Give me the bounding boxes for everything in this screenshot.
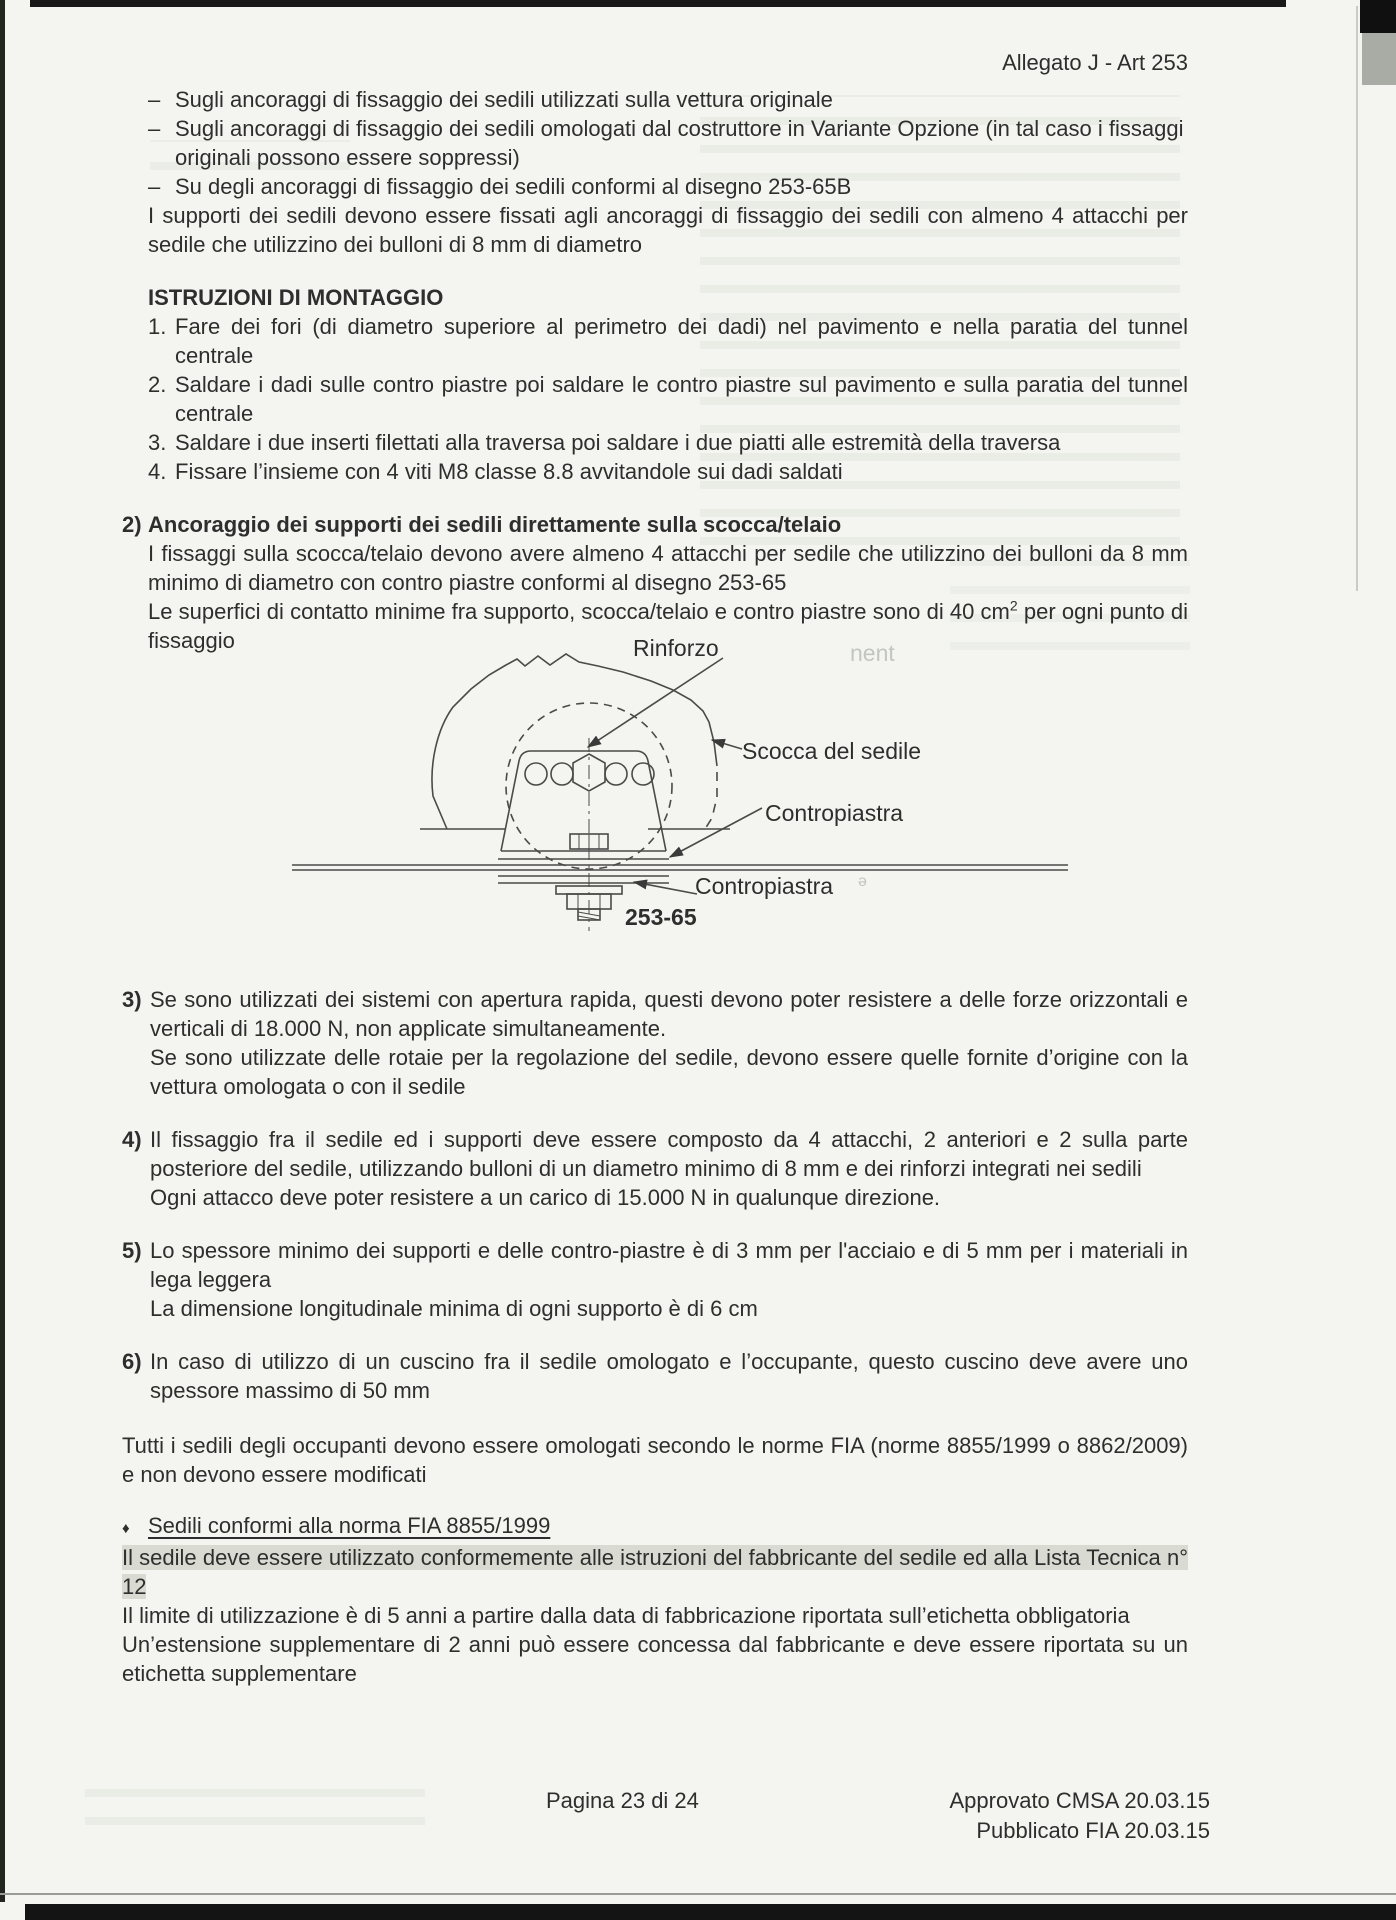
section-number: 6) xyxy=(122,1347,150,1405)
scanned-document-page: { "page": { "header_right": "Allegato J … xyxy=(0,0,1396,1920)
approved-line: Approvato CMSA 20.03.15 xyxy=(950,1786,1211,1816)
bleedthrough-mark: ə xyxy=(858,867,867,896)
diagram-label-rinforzo: Rinforzo xyxy=(633,634,719,663)
paragraph: Ogni attacco deve poter resistere a un c… xyxy=(150,1183,1188,1212)
list-item: – Sugli ancoraggi di fissaggio dei sedil… xyxy=(148,114,1188,172)
list-item: – Su degli ancoraggi di fissaggio dei se… xyxy=(148,172,1188,201)
diamond-bullet: ♦ xyxy=(122,1511,148,1543)
paragraph-limite: Il limite di utilizzazione è di 5 anni a… xyxy=(122,1601,1188,1630)
bleedthrough-smudge xyxy=(85,1770,425,1845)
paragraph: La dimensione longitudinale minima di og… xyxy=(150,1294,1188,1323)
section2-paragraph-1: I fissaggi sulla scocca/telaio devono av… xyxy=(148,539,1188,597)
bleedthrough-text: nent xyxy=(850,639,895,668)
highlighted-paragraph: Il sedile deve essere utilizzato conform… xyxy=(122,1543,1188,1601)
step-text: Fissare l’insieme con 4 viti M8 classe 8… xyxy=(175,457,1188,486)
list-item: 4. Fissare l’insieme con 4 viti M8 class… xyxy=(148,457,1188,486)
diagram-label-scocca: Scocca del sedile xyxy=(742,737,921,766)
norma-heading: Sedili conformi alla norma FIA 8855/1999 xyxy=(148,1513,550,1538)
paragraph: Se sono utilizzati dei sistemi con apert… xyxy=(150,985,1188,1043)
published-line: Pubblicato FIA 20.03.15 xyxy=(950,1816,1211,1846)
paragraph-estensione: Un’estensione supplementare di 2 anni pu… xyxy=(122,1630,1188,1688)
dash-bullet: – xyxy=(148,114,175,172)
paragraph-text: Le superfici di contatto minime fra supp… xyxy=(148,599,1010,624)
list-item: 2. Saldare i dadi sulle contro piastre p… xyxy=(148,370,1188,428)
scan-edge-left-strip xyxy=(0,0,5,1902)
section-6: 6) In caso di utilizzo di un cuscino fra… xyxy=(122,1347,1188,1405)
section-5: 5) Lo spessore minimo dei supporti e del… xyxy=(122,1236,1188,1323)
section-body: Lo spessore minimo dei supporti e delle … xyxy=(150,1236,1188,1323)
list-item: 3. Saldare i due inserti filettati alla … xyxy=(148,428,1188,457)
scan-seam-line xyxy=(1356,6,1358,591)
highlight-text: Il sedile deve essere utilizzato conform… xyxy=(122,1545,1188,1599)
section-title: Ancoraggio dei supporti dei sedili diret… xyxy=(148,510,1188,539)
diagram-label-contropiastra-upper: Contropiastra xyxy=(765,799,903,828)
page-header-reference: Allegato J - Art 253 xyxy=(122,48,1188,77)
step-number: 2. xyxy=(148,370,175,428)
dash-bullet: – xyxy=(148,85,175,114)
section-title-istruzioni: ISTRUZIONI DI MONTAGGIO xyxy=(148,283,1188,312)
paragraph: In caso di utilizzo di un cuscino fra il… xyxy=(150,1347,1188,1405)
technical-drawing-253-65: Rinforzo nent Scocca del sedile Contropi… xyxy=(122,641,1188,961)
superscript: 2 xyxy=(1010,598,1018,614)
step-number: 4. xyxy=(148,457,175,486)
step-text: Saldare i due inserti filettati alla tra… xyxy=(175,428,1188,457)
list-item-text: Sugli ancoraggi di fissaggio dei sedili … xyxy=(175,85,1188,114)
paragraph: Il fissaggio fra il sedile ed i supporti… xyxy=(150,1125,1188,1183)
list-item: 1. Fare dei fori (di diametro superiore … xyxy=(148,312,1188,370)
list-item-text: Su degli ancoraggi di fissaggio dei sedi… xyxy=(175,172,1188,201)
paragraph-tutti-sedili: Tutti i sedili degli occupanti devono es… xyxy=(122,1431,1188,1489)
step-number: 3. xyxy=(148,428,175,457)
list-item-text: Sugli ancoraggi di fissaggio dei sedili … xyxy=(175,114,1188,172)
scan-edge-corner xyxy=(1360,0,1396,33)
norma-heading-row: ♦ Sedili conformi alla norma FIA 8855/19… xyxy=(122,1511,1188,1543)
section-number: 3) xyxy=(122,985,150,1101)
scan-edge-gray-block xyxy=(1362,33,1396,85)
step-text: Saldare i dadi sulle contro piastre poi … xyxy=(175,370,1188,428)
step-number: 1. xyxy=(148,312,175,370)
document-body: Allegato J - Art 253 – Sugli ancoraggi d… xyxy=(122,48,1188,1688)
section-number: 5) xyxy=(122,1236,150,1323)
scan-bottom-rule xyxy=(0,1893,1396,1895)
page-number: Pagina 23 di 24 xyxy=(546,1788,699,1814)
norma-8855-block: ♦ Sedili conformi alla norma FIA 8855/19… xyxy=(122,1511,1188,1688)
section-body: Il fissaggio fra il sedile ed i supporti… xyxy=(150,1125,1188,1212)
paragraph-supports: I supporti dei sedili devono essere fiss… xyxy=(148,201,1188,259)
section-number: 2) xyxy=(122,510,148,539)
list-item: – Sugli ancoraggi di fissaggio dei sedil… xyxy=(148,85,1188,114)
section-body: In caso di utilizzo di un cuscino fra il… xyxy=(150,1347,1188,1405)
paragraph: Se sono utilizzate delle rotaie per la r… xyxy=(150,1043,1188,1101)
section-body: Se sono utilizzati dei sistemi con apert… xyxy=(150,985,1188,1101)
section-3: 3) Se sono utilizzati dei sistemi con ap… xyxy=(122,985,1188,1101)
scan-edge-top-bar xyxy=(30,0,1286,7)
paragraph: Lo spessore minimo dei supporti e delle … xyxy=(150,1236,1188,1294)
approval-block: Approvato CMSA 20.03.15 Pubblicato FIA 2… xyxy=(950,1786,1211,1846)
section2-heading: 2) Ancoraggio dei supporti dei sedili di… xyxy=(122,510,1188,539)
section-number: 4) xyxy=(122,1125,150,1212)
section-4: 4) Il fissaggio fra il sedile ed i suppo… xyxy=(122,1125,1188,1212)
montaggio-steps-list: 1. Fare dei fori (di diametro superiore … xyxy=(148,312,1188,486)
step-text: Fare dei fori (di diametro superiore al … xyxy=(175,312,1188,370)
diagram-label-contropiastra-lower: Contropiastra xyxy=(695,872,833,901)
dash-bullet: – xyxy=(148,172,175,201)
scan-edge-bottom-bar xyxy=(25,1904,1396,1920)
drawing-caption: 253-65 xyxy=(625,903,697,932)
anchor-options-list: – Sugli ancoraggi di fissaggio dei sedil… xyxy=(148,85,1188,201)
